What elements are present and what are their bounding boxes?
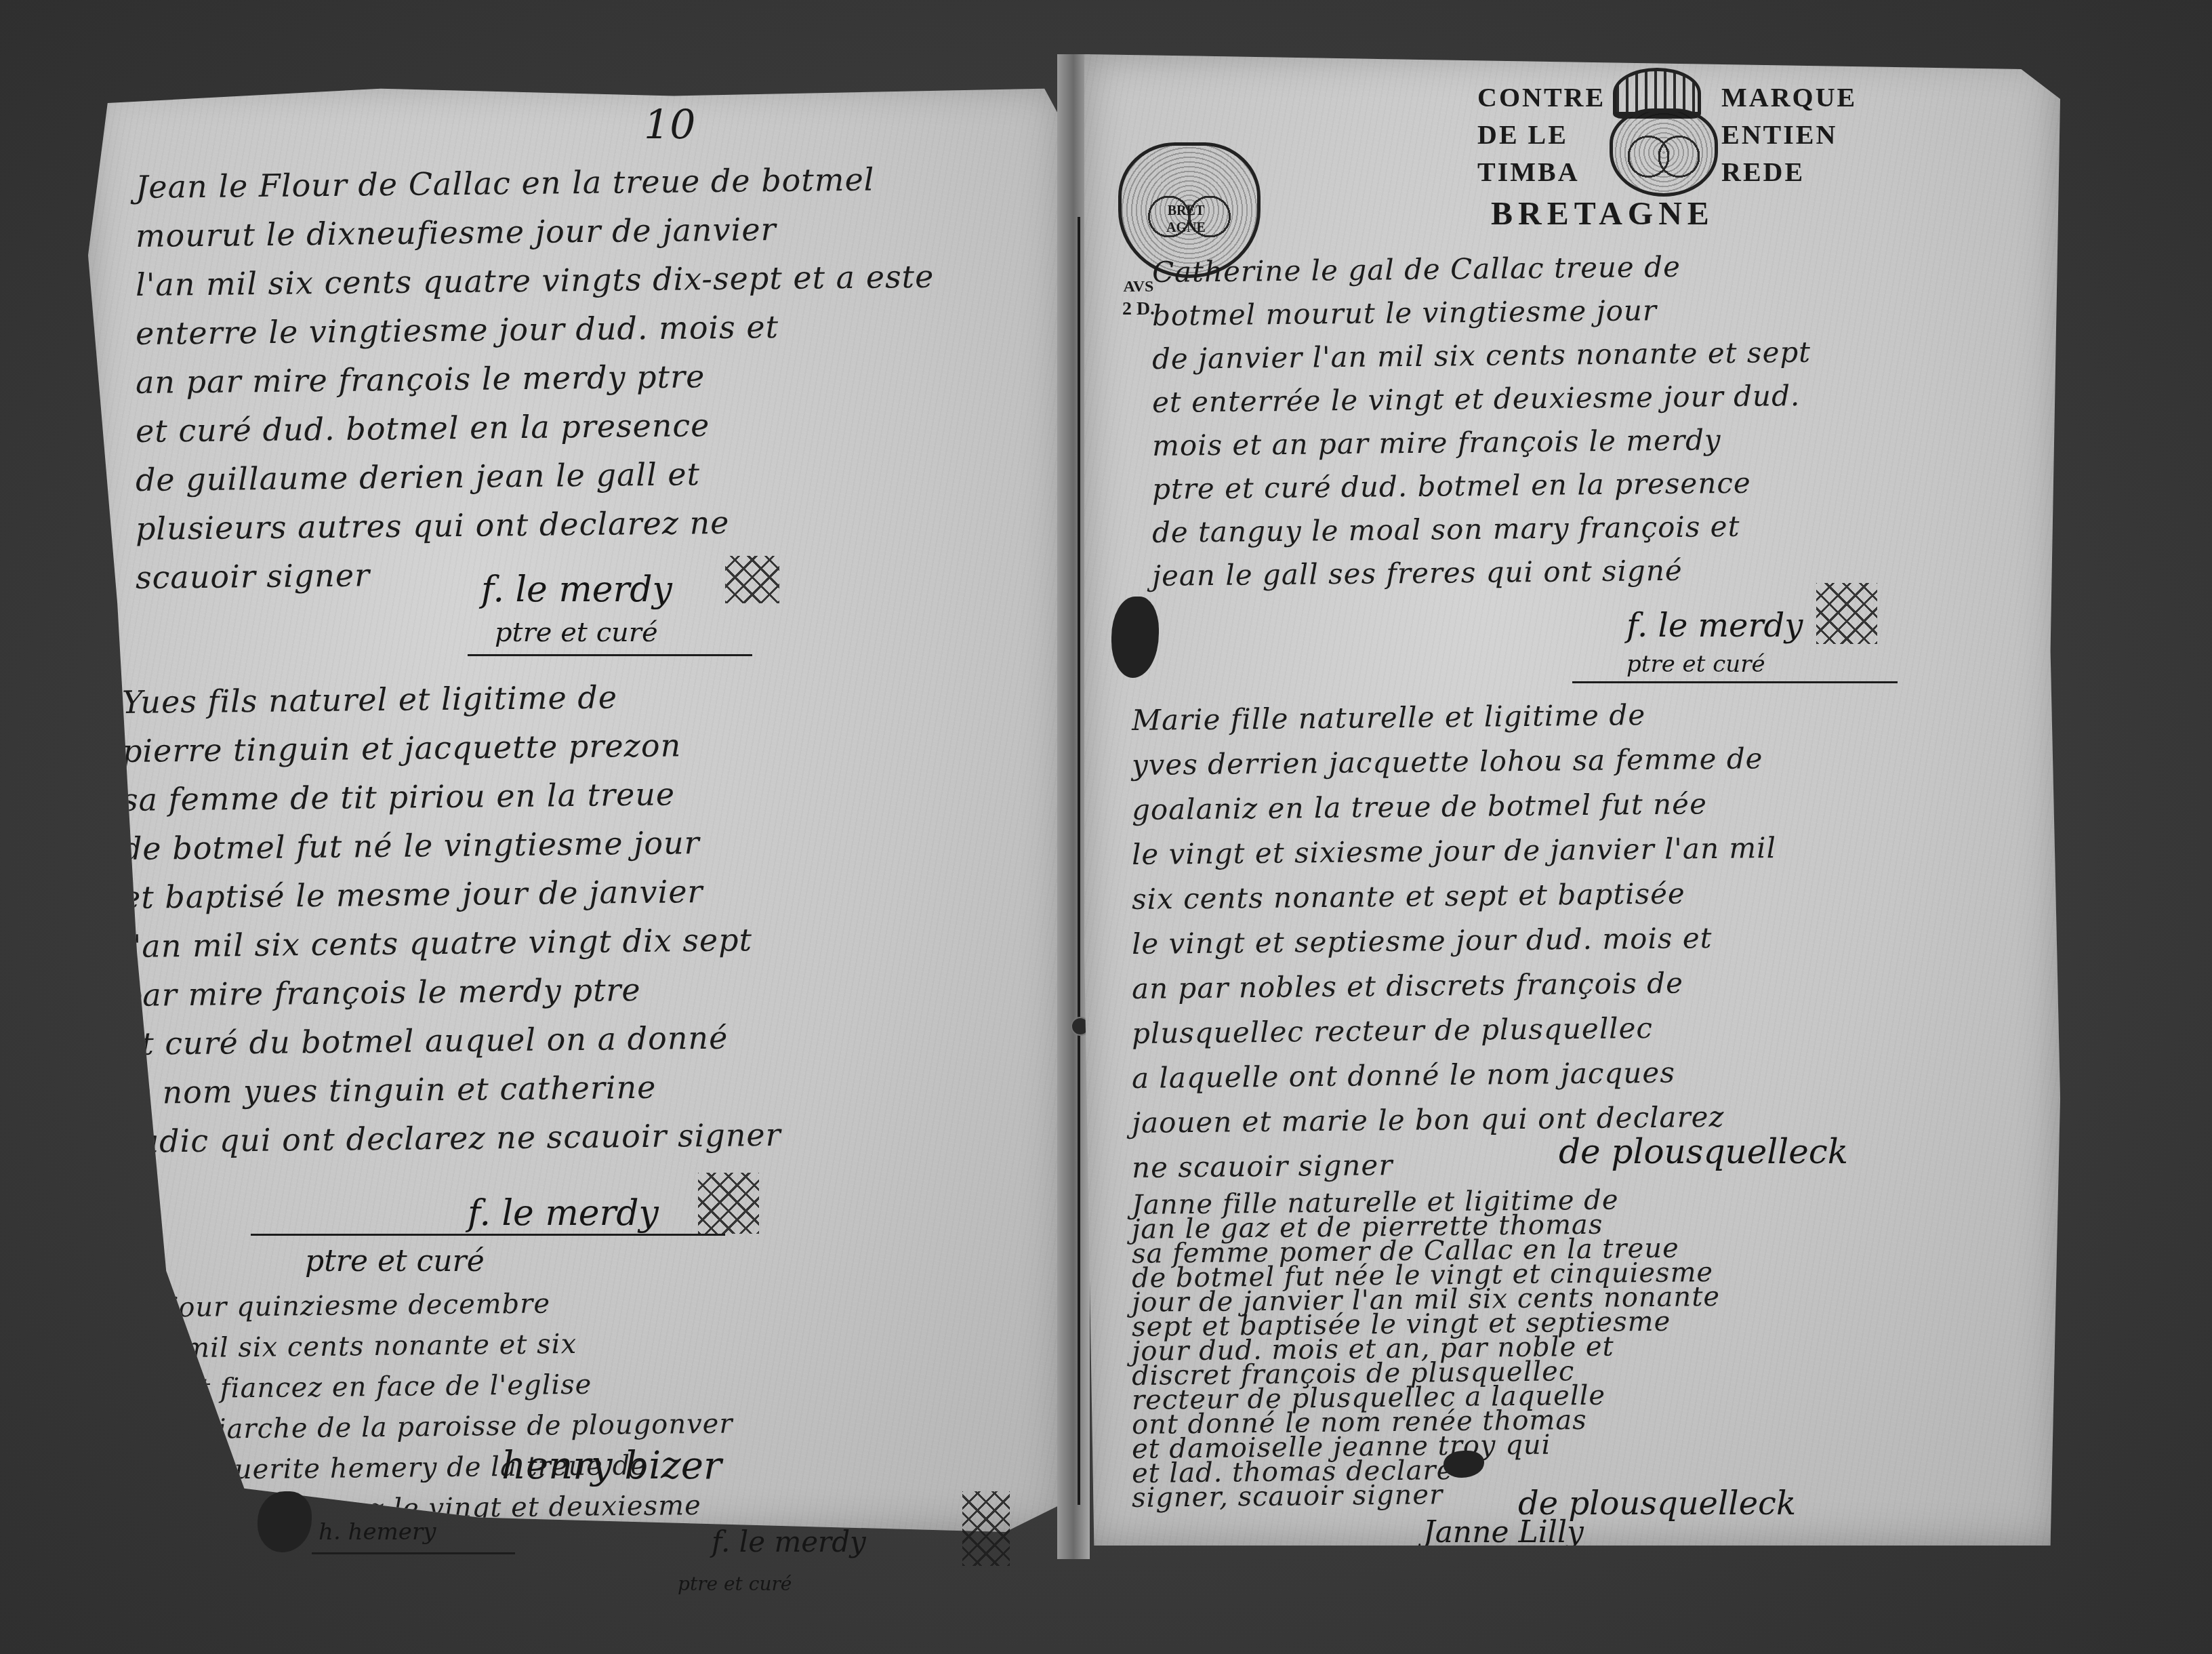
entry-line: plusquellec recteur de plusquellec [1132, 1005, 1777, 1056]
coat-of-arms-icon [1610, 108, 1718, 197]
entry-line: a laquelle ont donné le nom jacques [1132, 1049, 1777, 1101]
signature-title: ptre et curé [1626, 651, 1765, 678]
signature-le-merdy: f. le merdy [712, 1525, 866, 1558]
entry-line: le vingt et septiesme jour dud. mois et [1132, 915, 1777, 967]
entry-line: botmel mourut le vingtiesme jour [1152, 287, 1811, 338]
signature-hemery: h. hemery [319, 1518, 436, 1546]
entry-line: an par nobles et discrets françois de [1132, 960, 1777, 1011]
stamp-text: TIMBA [1477, 156, 1580, 188]
stamp-text: MARQUE [1721, 81, 1857, 113]
signature-underline [1572, 681, 1898, 683]
crest-text-line: AGNE [1159, 220, 1213, 236]
contremarque-stamp: CONTRE MARQUE DE LE ENTIEN TIMBA REDE BR… [1477, 68, 1857, 244]
entry-line: le vingt et sixiesme jour de janvier l'a… [1132, 826, 1777, 877]
signature-henry-bizer: henry bizer [501, 1444, 722, 1488]
stamp-text: CONTRE [1477, 81, 1605, 113]
ink-blot [1111, 597, 1159, 678]
entry-line: et enterrée le vingt et deuxiesme jour d… [1152, 374, 1811, 424]
signature-title: ptre et curé [678, 1573, 792, 1595]
entry-line: de tanguy le moal son mary françois et [1152, 504, 1811, 554]
register-entry-baptism-marie: Marie fille naturelle et ligitime de yve… [1132, 698, 1776, 1190]
signature-underline [312, 1552, 515, 1554]
entry-line: ptre et curé dud. botmel en la presence [1152, 461, 1811, 511]
stamp-text: BRETAGNE [1491, 195, 1715, 233]
entry-line: de janvier l'an mil six cents nonante et… [1152, 331, 1811, 381]
entry-line: six cents nonante et sept et baptisée [1132, 870, 1777, 922]
entry-line: Catherine le gal de Callac treue de [1152, 244, 1811, 294]
entry-line: jean le gall ses freres qui ont signé [1152, 548, 1811, 598]
stamp-text: ENTIEN [1721, 119, 1837, 150]
stamp-text: DE LE [1477, 119, 1568, 150]
signature-flourish-mark [962, 1491, 1010, 1566]
crest-text-line: BRET [1159, 203, 1213, 219]
entry-line: goalaniz en la treue de botmel fut née [1132, 781, 1777, 832]
signature-flourish-mark [1816, 583, 1877, 644]
signature-de-plousquelleck: de plousquelleck [1559, 1132, 1848, 1171]
register-entry-baptism-janne: Janne fille naturelle et ligitime de jan… [1132, 1193, 1720, 1510]
binding-seam [1078, 217, 1080, 1505]
register-entry-burial-catherine-le-gal: Catherine le gal de Callac treue de botm… [1152, 251, 1811, 598]
stamp-text: REDE [1721, 156, 1805, 188]
right-page: BRET AGNE AVS 2 D. CONTRE MARQUE DE LE E… [1084, 54, 2060, 1546]
signature-janne-lilly: Janne Lilly [1423, 1515, 1584, 1546]
signature-le-merdy: f. le merdy [1626, 607, 1803, 645]
entry-line: Marie fille naturelle et ligitime de [1132, 691, 1777, 743]
entry-line: yves derrien jacquette lohou sa femme de [1132, 736, 1777, 788]
entry-line: mois et an par mire françois le merdy [1152, 418, 1811, 468]
